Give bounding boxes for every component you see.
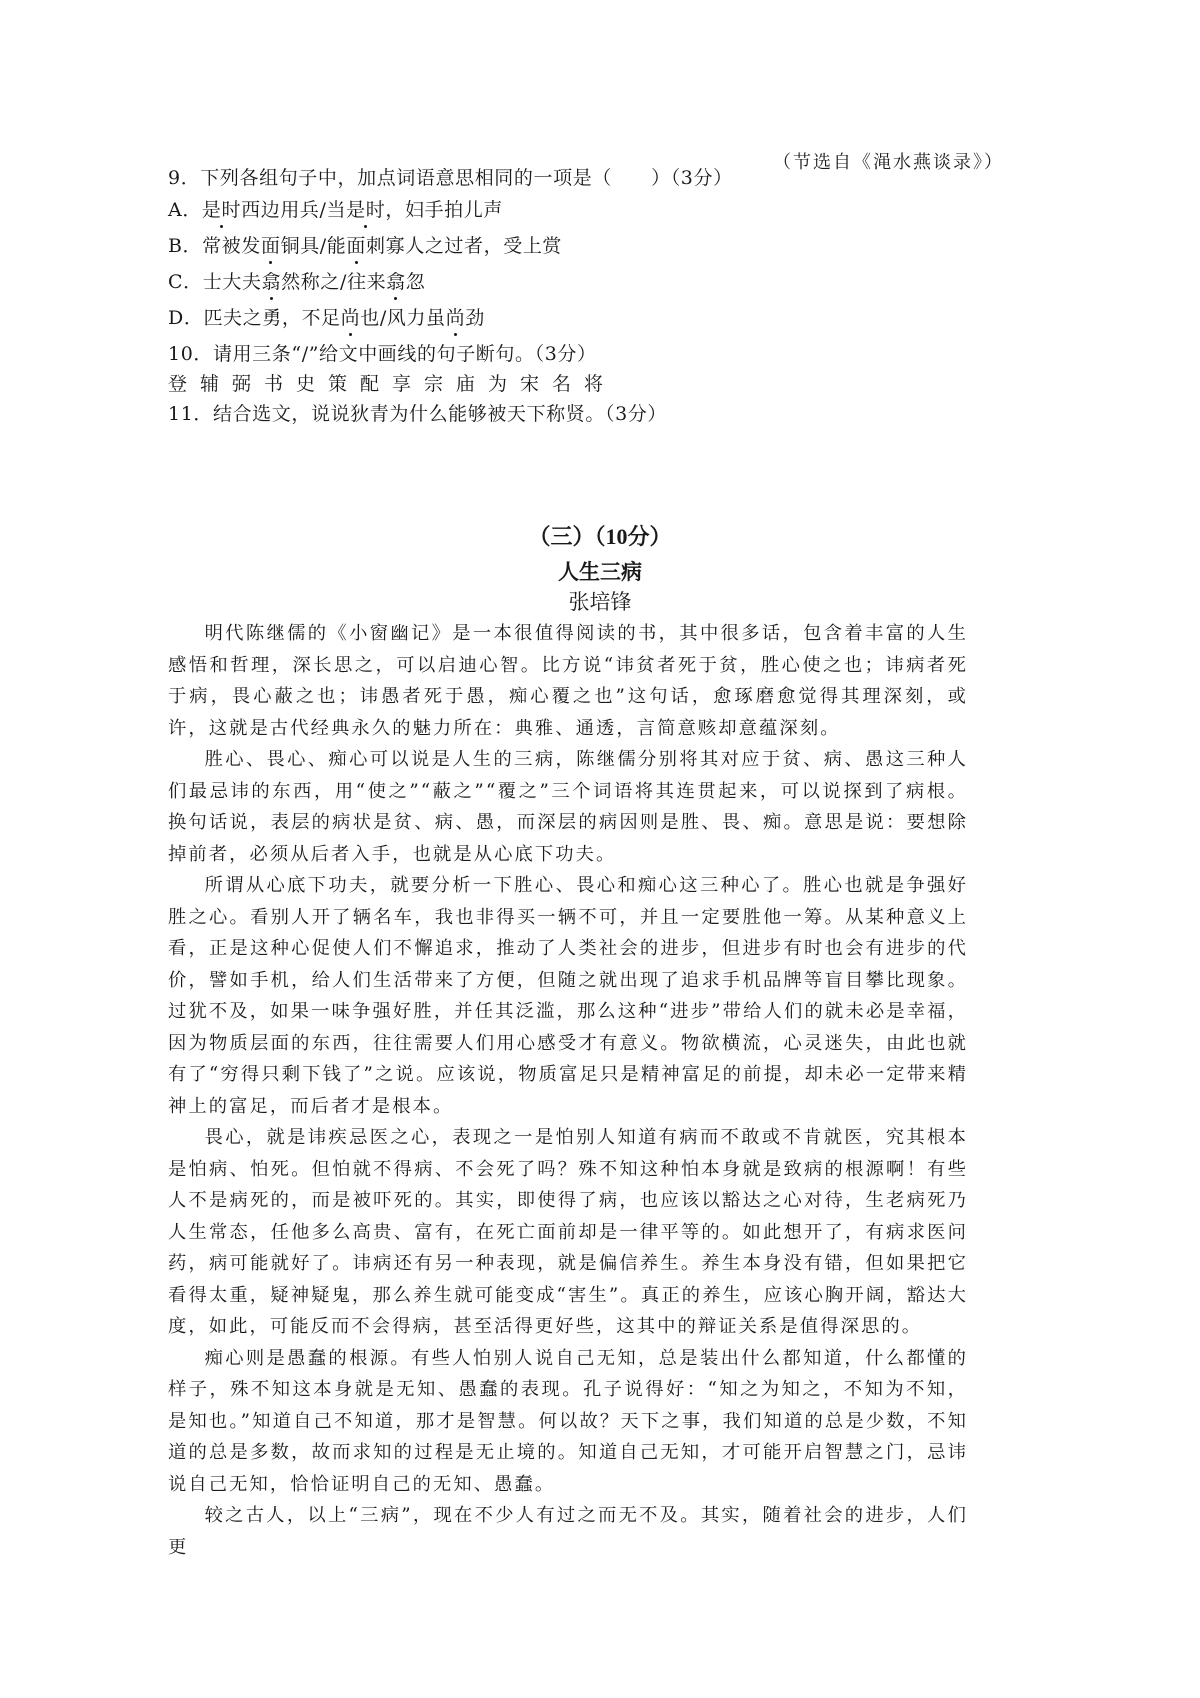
dotted-word: 尚 (446, 307, 466, 329)
paragraph: 明代陈继儒的《小窗幽记》是一本很值得阅读的书，其中很多话，包含着丰富的人生感悟和… (168, 618, 968, 744)
article-author: 张培锋 (0, 586, 1200, 616)
dotted-word: 翕 (262, 271, 282, 293)
dotted-word: 面 (261, 235, 281, 257)
question-9-option-b: B．常被发面铜具/能面刺寡人之过者，受上赏 (168, 234, 562, 258)
question-9-stem: 9．下列各组句子中，加点词语意思相同的一项是（ ）（3分） (168, 166, 733, 190)
dotted-word: 翕 (386, 271, 406, 293)
question-10-stem: 10．请用三条“/”给文中画线的句子断句。（3分） (168, 342, 597, 366)
dotted-word: 是时 (346, 199, 385, 221)
paragraph: 痴心则是愚蠢的根源。有些人怕别人说自己无知，总是装出什么都知道，什么都懂的样子，… (168, 1343, 968, 1501)
section-heading: （三）（10分） (0, 520, 1200, 551)
exam-page: （节选自《渑水燕谈录》） 9．下列各组句子中，加点词语意思相同的一项是（ ）（3… (0, 0, 1200, 1698)
question-9-option-c: C．士大夫翕然称之/往来翕忽 (168, 270, 425, 294)
article-body: 明代陈继儒的《小窗幽记》是一本很值得阅读的书，其中很多话，包含着丰富的人生感悟和… (168, 618, 968, 1563)
source-note: （节选自《渑水燕谈录》） (773, 148, 1004, 174)
paragraph: 胜心、畏心、痴心可以说是人生的三病，陈继儒分别将其对应于贫、病、愚这三种人们最忌… (168, 744, 968, 870)
dotted-word: 面 (346, 235, 366, 257)
question-11-stem: 11．结合选文，说说狄青为什么能够被天下称贤。（3分） (168, 402, 667, 426)
question-9-option-d: D．匹夫之勇，不足尚也/风力虽尚劲 (168, 306, 485, 330)
paragraph: 所谓从心底下功夫，就要分析一下胜心、畏心和痴心这三种心了。胜心也就是争强好胜之心… (168, 870, 968, 1122)
paragraph: 畏心，就是讳疾忌医之心，表现之一是怕别人知道有病而不敢或不肯就医，究其根本是怕病… (168, 1122, 968, 1343)
question-10-sentence: 登辅弼书史策配享宗庙为宋名将 (168, 372, 616, 396)
paragraph: 较之古人，以上“三病”，现在不少人有过之而无不及。其实，随着社会的进步，人们更 (168, 1500, 968, 1563)
dotted-word: 是时 (202, 199, 241, 221)
dotted-word: 尚 (341, 307, 361, 329)
article-title: 人生三病 (0, 556, 1200, 586)
question-9-option-a: A．是时西边用兵/当是时，妇手拍儿声 (168, 198, 503, 222)
